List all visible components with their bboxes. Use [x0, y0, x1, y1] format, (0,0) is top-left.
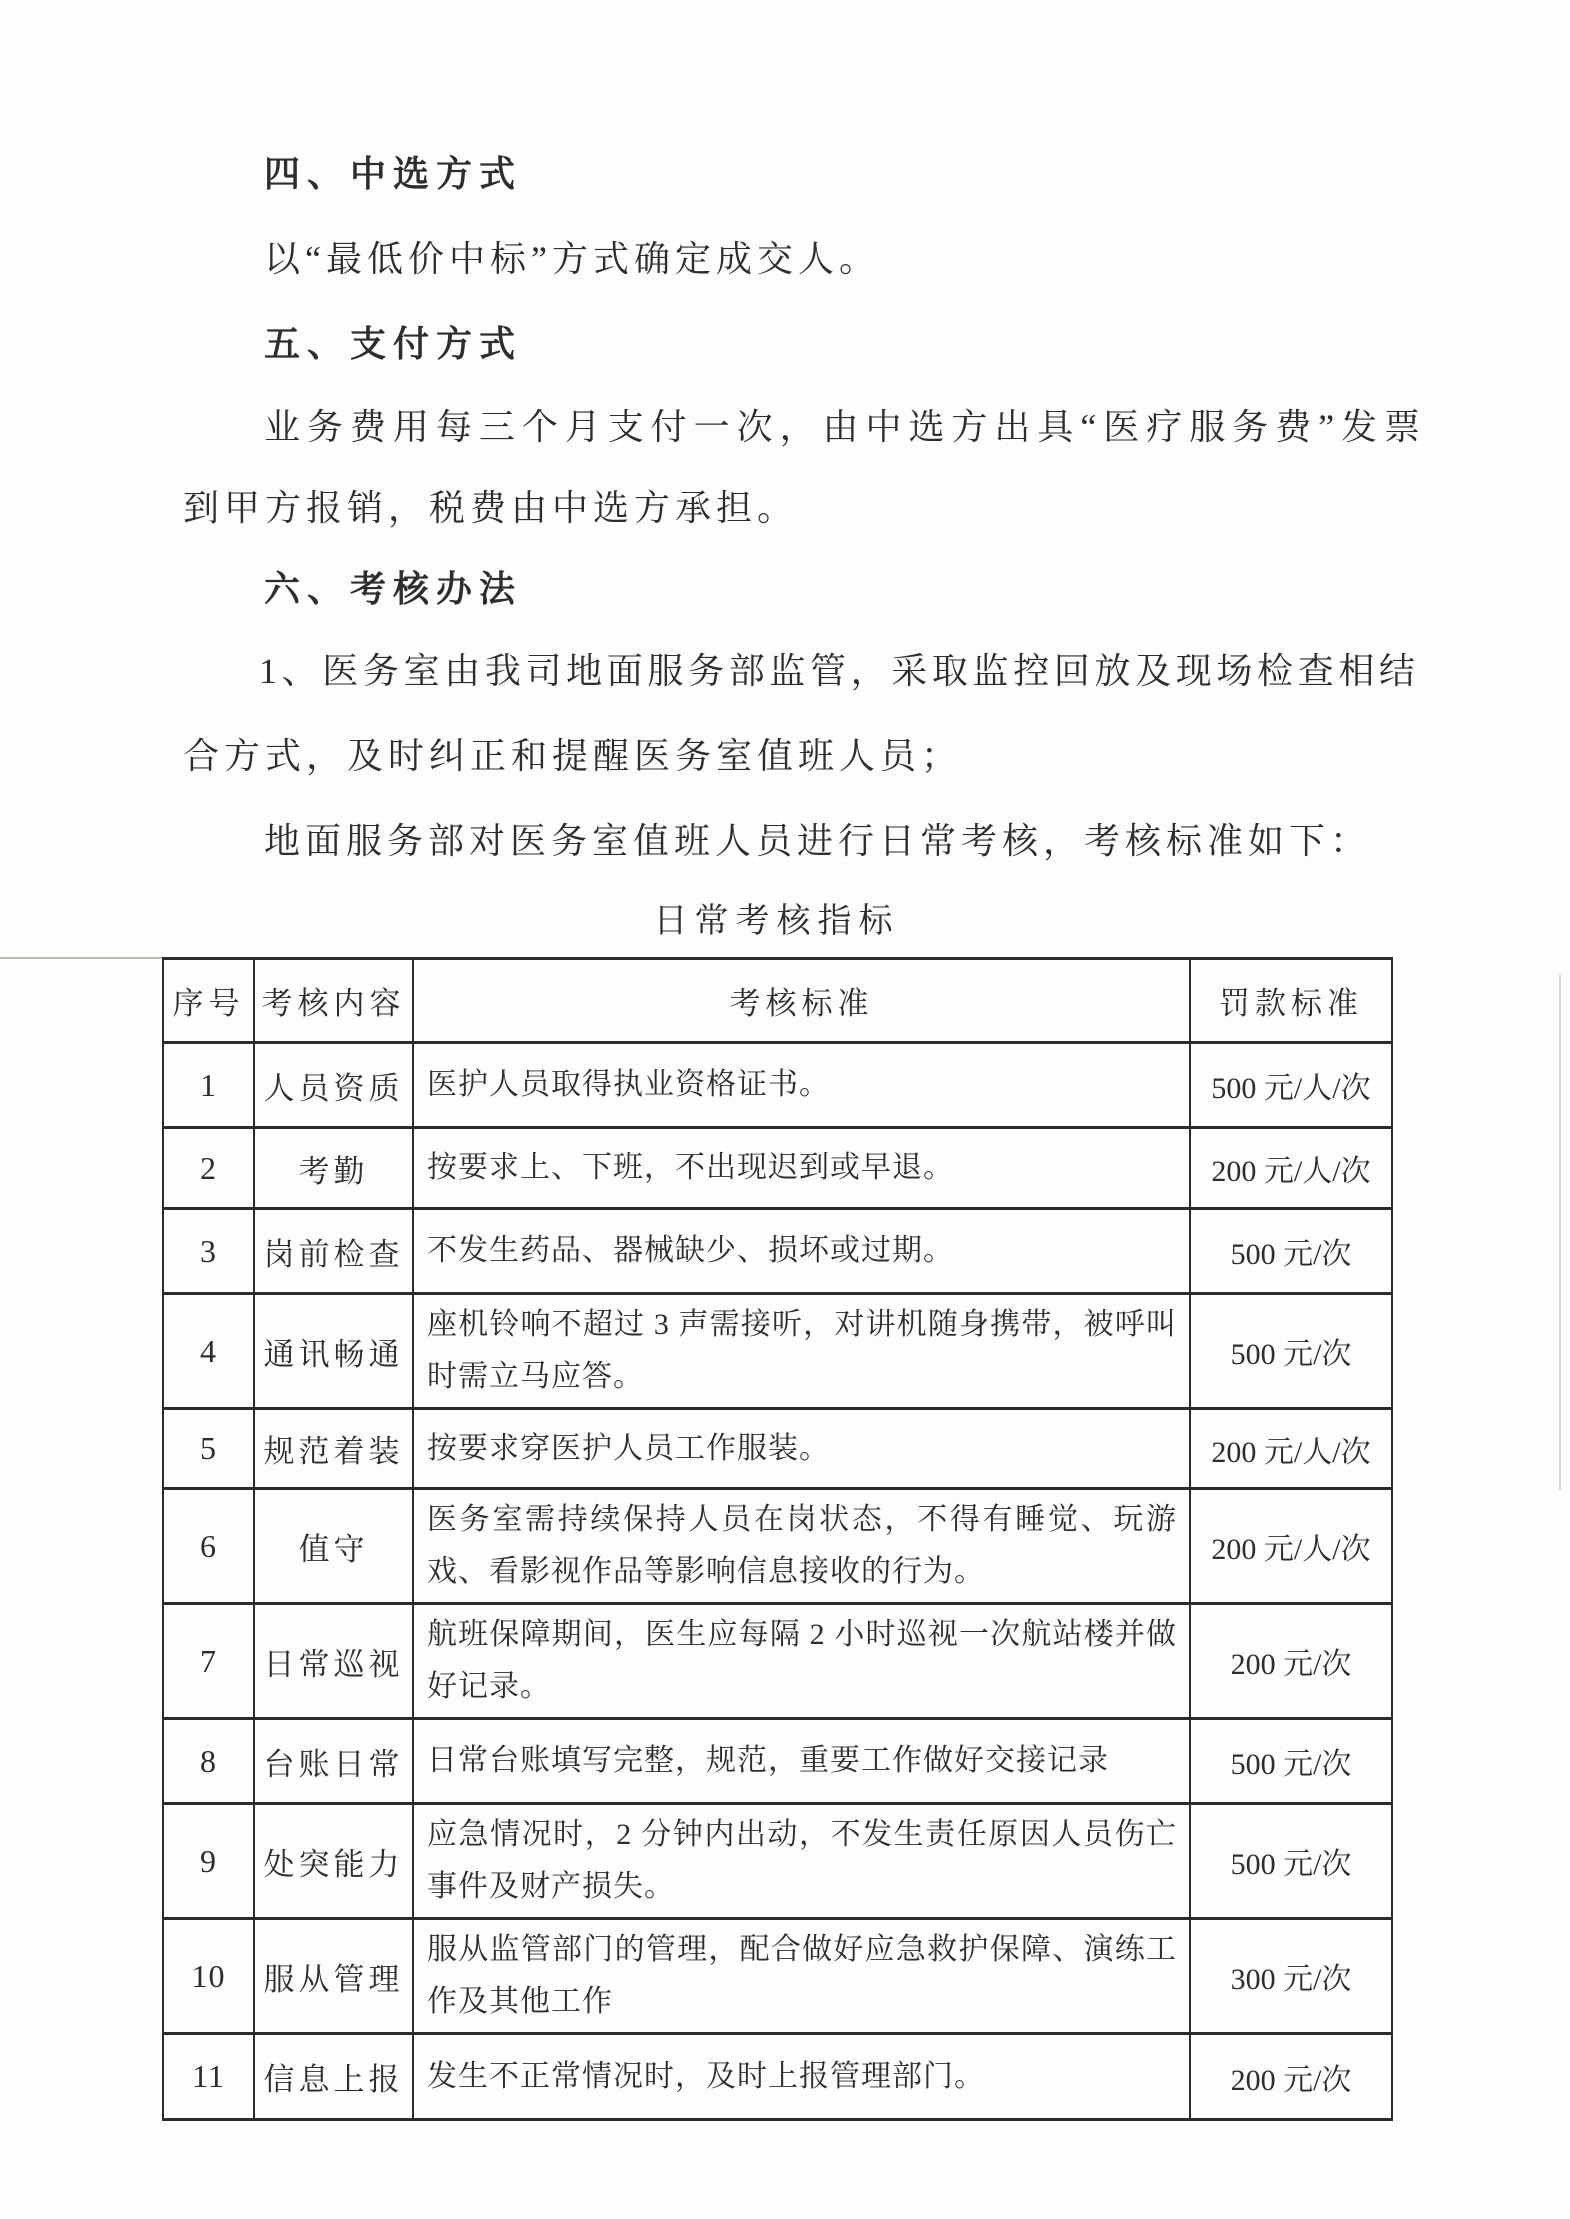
paragraph-assessment-line-1: 1、医务室由我司地面服务部监管，采取监控回放及现场检查相结: [259, 650, 1417, 692]
cell-content: 通讯畅通: [254, 1294, 413, 1409]
cell-penalty: 500 元/次: [1190, 1209, 1392, 1294]
cell-criterion: 按要求穿医护人员工作服装。: [413, 1409, 1190, 1489]
cell-penalty: 500 元/次: [1190, 1804, 1392, 1919]
cell-content: 信息上报: [254, 2034, 413, 2120]
cell-criterion: 日常台账填写完整，规范，重要工作做好交接记录: [413, 1719, 1190, 1804]
cell-content: 值守: [254, 1489, 413, 1604]
table-row: 4 通讯畅通 座机铃响不超过 3 声需接听，对讲机随身携带，被呼叫时需立马应答。…: [163, 1294, 1392, 1409]
table-row: 9 处突能力 应急情况时，2 分钟内出动，不发生责任原因人员伤亡事件及财产损失。…: [163, 1804, 1392, 1919]
cell-content: 日常巡视: [254, 1604, 413, 1719]
paragraph-payment-line-1: 业务费用每三个月支付一次，由中选方出具“医疗服务费”发票: [264, 406, 1422, 448]
table-title: 日常考核指标: [162, 893, 1391, 942]
paragraph-selection-method: 以“最低价中标”方式确定成交人。: [264, 238, 880, 280]
cell-no: 7: [163, 1604, 254, 1719]
cell-criterion: 应急情况时，2 分钟内出动，不发生责任原因人员伤亡事件及财产损失。: [413, 1804, 1190, 1919]
cell-penalty: 500 元/次: [1190, 1719, 1392, 1804]
cell-criterion: 不发生药品、器械缺少、损坏或过期。: [413, 1209, 1190, 1294]
cell-criterion: 航班保障期间，医生应每隔 2 小时巡视一次航站楼并做好记录。: [413, 1604, 1190, 1719]
paragraph-assessment-line-2: 合方式，及时纠正和提醒医务室值班人员；: [183, 735, 962, 777]
cell-no: 9: [163, 1804, 254, 1919]
cell-no: 4: [163, 1294, 254, 1409]
cell-content: 规范着装: [254, 1409, 413, 1489]
cell-no: 2: [163, 1128, 254, 1209]
table-row: 7 日常巡视 航班保障期间，医生应每隔 2 小时巡视一次航站楼并做好记录。 20…: [163, 1604, 1392, 1719]
table-row: 6 值守 医务室需持续保持人员在岗状态，不得有睡觉、玩游戏、看影视作品等影响信息…: [163, 1489, 1392, 1604]
cell-no: 10: [163, 1919, 254, 2034]
cell-content: 人员资质: [254, 1043, 413, 1128]
scanned-document-page: { "page": { "background": "#fdfdfc", "in…: [0, 0, 1570, 2219]
cell-no: 3: [163, 1209, 254, 1294]
table-row: 11 信息上报 发生不正常情况时，及时上报管理部门。 200 元/次: [163, 2034, 1392, 2120]
cell-criterion: 按要求上、下班，不出现迟到或早退。: [413, 1128, 1190, 1209]
cell-content: 岗前检查: [254, 1209, 413, 1294]
cell-penalty: 500 元/人/次: [1190, 1043, 1392, 1128]
section-heading-5: 五、支付方式: [264, 323, 522, 365]
cell-penalty: 500 元/次: [1190, 1294, 1392, 1409]
section-heading-6: 六、考核办法: [264, 568, 522, 610]
header-cell-criterion: 考核标准: [413, 959, 1190, 1043]
cell-no: 11: [163, 2034, 254, 2120]
section-heading-4: 四、中选方式: [264, 153, 522, 195]
cell-penalty: 200 元/人/次: [1190, 1409, 1392, 1489]
daily-assessment-table: 序号 考核内容 考核标准 罚款标准 1 人员资质 医护人员取得执业资格证书。 5…: [162, 957, 1393, 2121]
cell-content: 服从管理: [254, 1919, 413, 2034]
cell-penalty: 200 元/人/次: [1190, 1128, 1392, 1209]
cell-content: 台账日常: [254, 1719, 413, 1804]
cell-criterion: 座机铃响不超过 3 声需接听，对讲机随身携带，被呼叫时需立马应答。: [413, 1294, 1190, 1409]
cell-no: 6: [163, 1489, 254, 1604]
cell-no: 5: [163, 1409, 254, 1489]
cell-content: 考勤: [254, 1128, 413, 1209]
right-edge-scan-streak: [1559, 975, 1561, 1490]
cell-content: 处突能力: [254, 1804, 413, 1919]
header-cell-no: 序号: [163, 959, 254, 1043]
cell-criterion: 医护人员取得执业资格证书。: [413, 1043, 1190, 1128]
cell-criterion: 医务室需持续保持人员在岗状态，不得有睡觉、玩游戏、看影视作品等影响信息接收的行为…: [413, 1489, 1190, 1604]
table-row: 8 台账日常 日常台账填写完整，规范，重要工作做好交接记录 500 元/次: [163, 1719, 1392, 1804]
cell-penalty: 300 元/次: [1190, 1919, 1392, 2034]
table-row: 3 岗前检查 不发生药品、器械缺少、损坏或过期。 500 元/次: [163, 1209, 1392, 1294]
table-header-row: 序号 考核内容 考核标准 罚款标准: [163, 959, 1392, 1043]
paragraph-payment-line-2: 到甲方报销，税费由中选方承担。: [183, 487, 798, 529]
paragraph-assessment-line-3: 地面服务部对医务室值班人员进行日常考核，考核标准如下：: [264, 820, 1371, 862]
cell-penalty: 200 元/人/次: [1190, 1489, 1392, 1604]
table-row: 5 规范着装 按要求穿医护人员工作服装。 200 元/人/次: [163, 1409, 1392, 1489]
table-row: 2 考勤 按要求上、下班，不出现迟到或早退。 200 元/人/次: [163, 1128, 1392, 1209]
header-cell-penalty: 罚款标准: [1190, 959, 1392, 1043]
cell-criterion: 服从监管部门的管理，配合做好应急救护保障、演练工作及其他工作: [413, 1919, 1190, 2034]
cell-penalty: 200 元/次: [1190, 1604, 1392, 1719]
left-margin-scan-line: [0, 957, 163, 959]
header-cell-content: 考核内容: [254, 959, 413, 1043]
table-row: 10 服从管理 服从监管部门的管理，配合做好应急救护保障、演练工作及其他工作 3…: [163, 1919, 1392, 2034]
table-row: 1 人员资质 医护人员取得执业资格证书。 500 元/人/次: [163, 1043, 1392, 1128]
cell-no: 1: [163, 1043, 254, 1128]
cell-no: 8: [163, 1719, 254, 1804]
cell-penalty: 200 元/次: [1190, 2034, 1392, 2120]
cell-criterion: 发生不正常情况时，及时上报管理部门。: [413, 2034, 1190, 2120]
